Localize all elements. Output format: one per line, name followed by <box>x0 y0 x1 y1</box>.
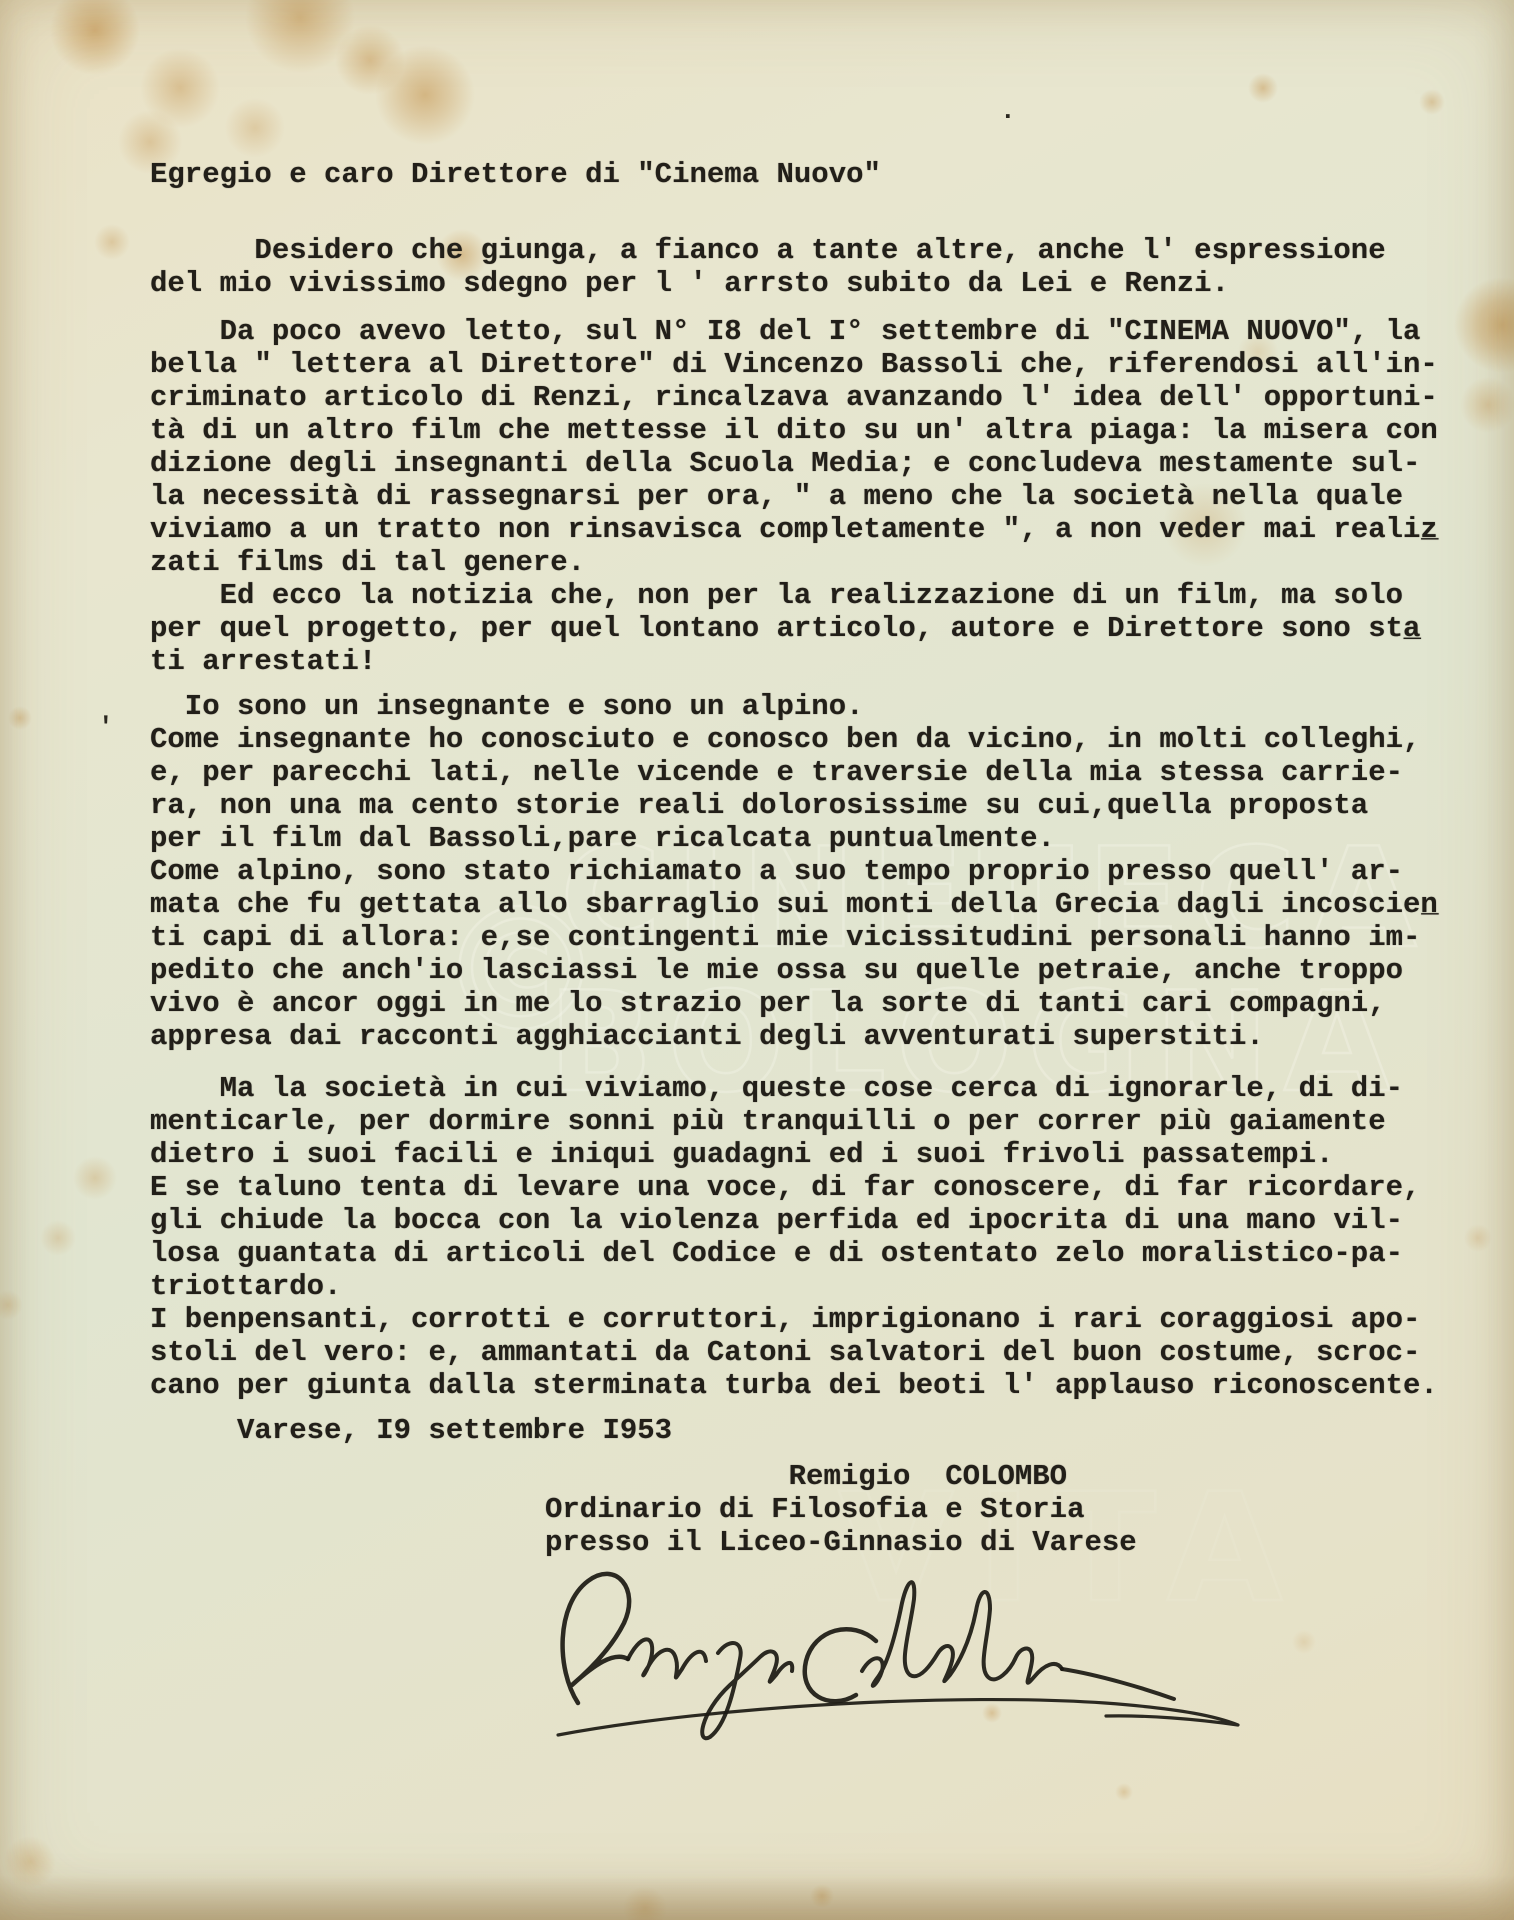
stray-mark: . <box>1000 96 1016 126</box>
letter-page: © CINETECA BOLOGNA VITA Egregio e caro D… <box>0 0 1514 1920</box>
letter-paragraph-1: Desidero che giunga, a fianco a tante al… <box>150 234 1386 300</box>
stray-mark: ' <box>98 712 114 742</box>
salutation-line: Egregio e caro Direttore di "Cinema Nuov… <box>150 158 881 191</box>
dateline: Varese, I9 settembre I953 <box>237 1414 672 1447</box>
letter-paragraph-2: Da poco avevo letto, sul N° I8 del I° se… <box>150 315 1438 678</box>
handwritten-signature <box>540 1545 1250 1755</box>
letter-paragraph-4: Ma la società in cui viviamo, queste cos… <box>150 1072 1438 1402</box>
letter-paragraph-3: Io sono un insegnante e sono un alpino. … <box>150 690 1438 1053</box>
